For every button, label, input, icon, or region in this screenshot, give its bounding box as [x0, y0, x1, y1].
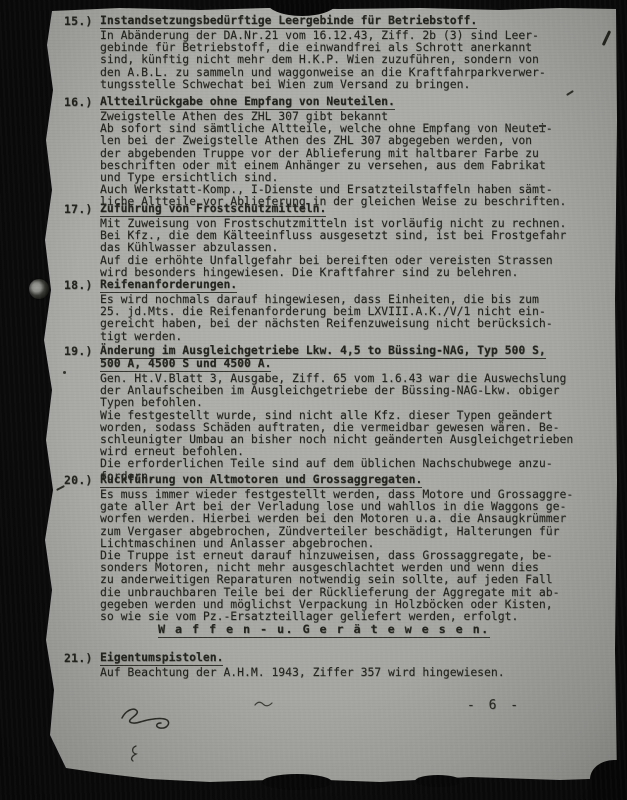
section-17: 17.) Zuführung von Frostschutzmitteln. M… [0, 202, 627, 278]
text-line: Die erforderlichen Teile sind auf dem üb… [100, 457, 627, 469]
section-number: 21.) [64, 651, 93, 665]
section-number: 20.) [64, 473, 93, 487]
text-line: sind, künftig nicht mehr dem H.K.P. Wien… [100, 53, 627, 65]
section-heading: Zuführung von Frostschutzmitteln. [100, 201, 326, 217]
margin-dot [63, 371, 66, 374]
text-line: der abgebenden Truppe vor der Ablieferun… [100, 147, 627, 159]
section-15: 15.) Instandsetzungsbedürftige Leergebin… [0, 14, 627, 90]
text-line: len bei der Zweigstelle Athen des ZHL 30… [100, 134, 627, 146]
text-line: tigt werden. [100, 330, 627, 342]
section-heading: Instandsetzungsbedürftige Leergebinde fü… [100, 13, 477, 29]
text-line: gereicht haben, bei der nächsten Reifenz… [100, 317, 627, 329]
section-18: 18.) Reifenanforderungen. Es wird nochma… [0, 278, 627, 342]
handwritten-mark [128, 744, 142, 764]
section-21: 21.) Eigentumspistolen. Auf Beachtung de… [0, 651, 627, 678]
text-line: Auf die erhöhte Unfallgefahr bei bereift… [100, 254, 627, 266]
text-line: das Kühlwasser abzulassen. [100, 241, 627, 253]
typed-content: 15.) Instandsetzungsbedürftige Leergebin… [0, 0, 627, 800]
section-number: 17.) [64, 202, 93, 216]
text-line: Typen befohlen. [100, 396, 627, 408]
section-number: 16.) [64, 95, 93, 109]
text-line: zum Vergaser abgebrochen, Zündverteiler … [100, 525, 627, 537]
pen-fleck [539, 125, 546, 127]
punch-hole [29, 279, 49, 299]
text-line: die unbrauchbaren Teile bei der Rücklief… [100, 586, 627, 598]
section-20: 20.) Rückführung von Altmotoren und Gros… [0, 473, 627, 622]
handwritten-tilde [254, 699, 274, 709]
section-number: 18.) [64, 278, 93, 292]
section-heading: Altteilrückgabe ohne Empfang von Neuteil… [100, 94, 395, 110]
section-16: 16.) Altteilrückgabe ohne Empfang von Ne… [0, 95, 627, 208]
section-heading: Eigentumspistolen. [100, 650, 223, 666]
scanned-document-page: 15.) Instandsetzungsbedürftige Leergebin… [0, 0, 627, 800]
text-line: so wie sie vom Pz.-Ersatzteillager gelie… [100, 610, 627, 622]
text-line: Wie festgestellt wurde, sind nicht alle … [100, 409, 627, 421]
section-heading: Rückführung von Altmotoren und Grossaggr… [100, 472, 422, 488]
text-line: den A.B.L. zu sammeln und waggonweise an… [100, 66, 627, 78]
section-number: 19.) [64, 344, 93, 358]
section-heading: 500 A, 4500 S und 4500 A. [100, 356, 271, 372]
text-line: worfen werden. Hierbei werden bei den Mo… [100, 512, 627, 524]
text-line: Auf Beachtung der A.H.M. 1943, Ziffer 35… [100, 666, 627, 678]
text-line: zu anderweitigen Reparaturen notwendig s… [100, 573, 627, 585]
section-number: 15.) [64, 14, 93, 28]
text-line: tungsstelle Schwechat bei Wien zum Versa… [100, 78, 627, 90]
section-19: 19.) Änderung im Ausgleichgetriebe Lkw. … [0, 344, 627, 482]
section-heading: Reifenanforderungen. [100, 277, 237, 293]
page-number: - 6 - [467, 698, 521, 713]
handwritten-squiggle [114, 702, 176, 744]
chapter-heading: W a f f e n - u. G e r ä t e w e s e n. [158, 622, 490, 638]
